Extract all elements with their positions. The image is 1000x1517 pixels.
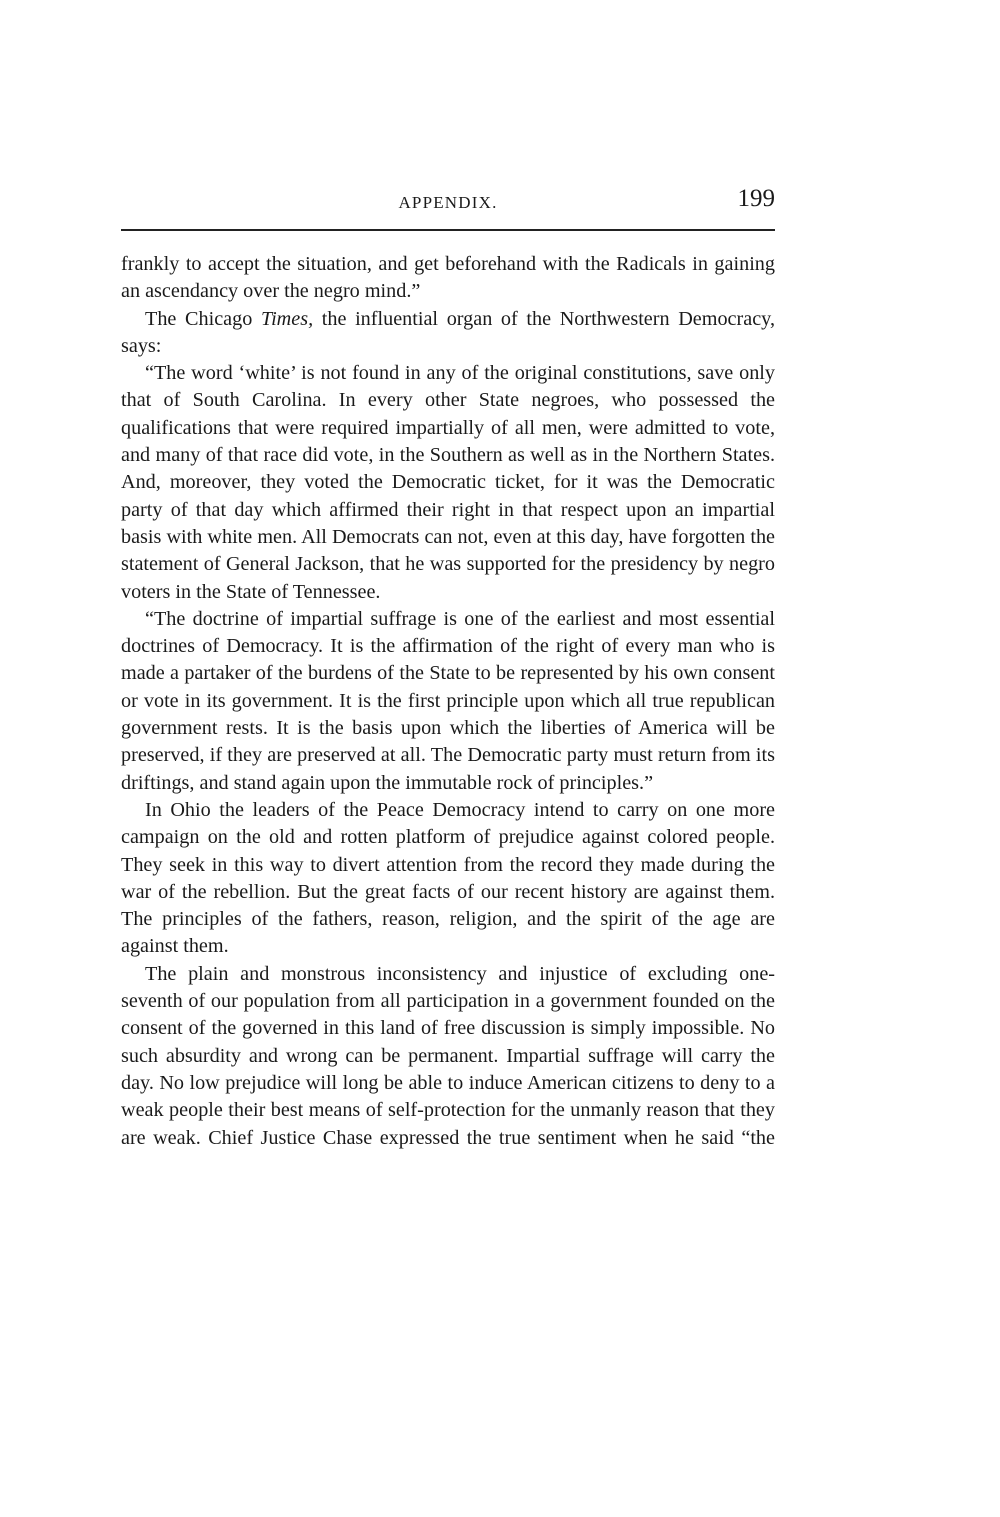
newspaper-title-italic: Times, (261, 308, 313, 330)
paragraph-ohio: In Ohio the leaders of the Peace Democra… (121, 797, 775, 961)
paragraph-quote-doctrine: “The doctrine of impartial suffrage is o… (121, 606, 775, 797)
text-fragment: The Chicago (145, 308, 261, 330)
body-text: frankly to accept the situation, and get… (121, 251, 775, 1152)
running-header: APPENDIX. 199 (121, 185, 775, 221)
running-title: APPENDIX. (121, 193, 775, 213)
paragraph-inconsistency: The plain and monstrous inconsistency an… (121, 961, 775, 1152)
book-page: APPENDIX. 199 frankly to accept the situ… (121, 185, 775, 1152)
header-rule (121, 229, 775, 231)
paragraph-quote-white: “The word ‘white’ is not found in any of… (121, 360, 775, 606)
page-number: 199 (738, 185, 776, 213)
paragraph-chicago-times: The Chicago Times, the influential organ… (121, 306, 775, 361)
paragraph-continuation: frankly to accept the situation, and get… (121, 251, 775, 306)
